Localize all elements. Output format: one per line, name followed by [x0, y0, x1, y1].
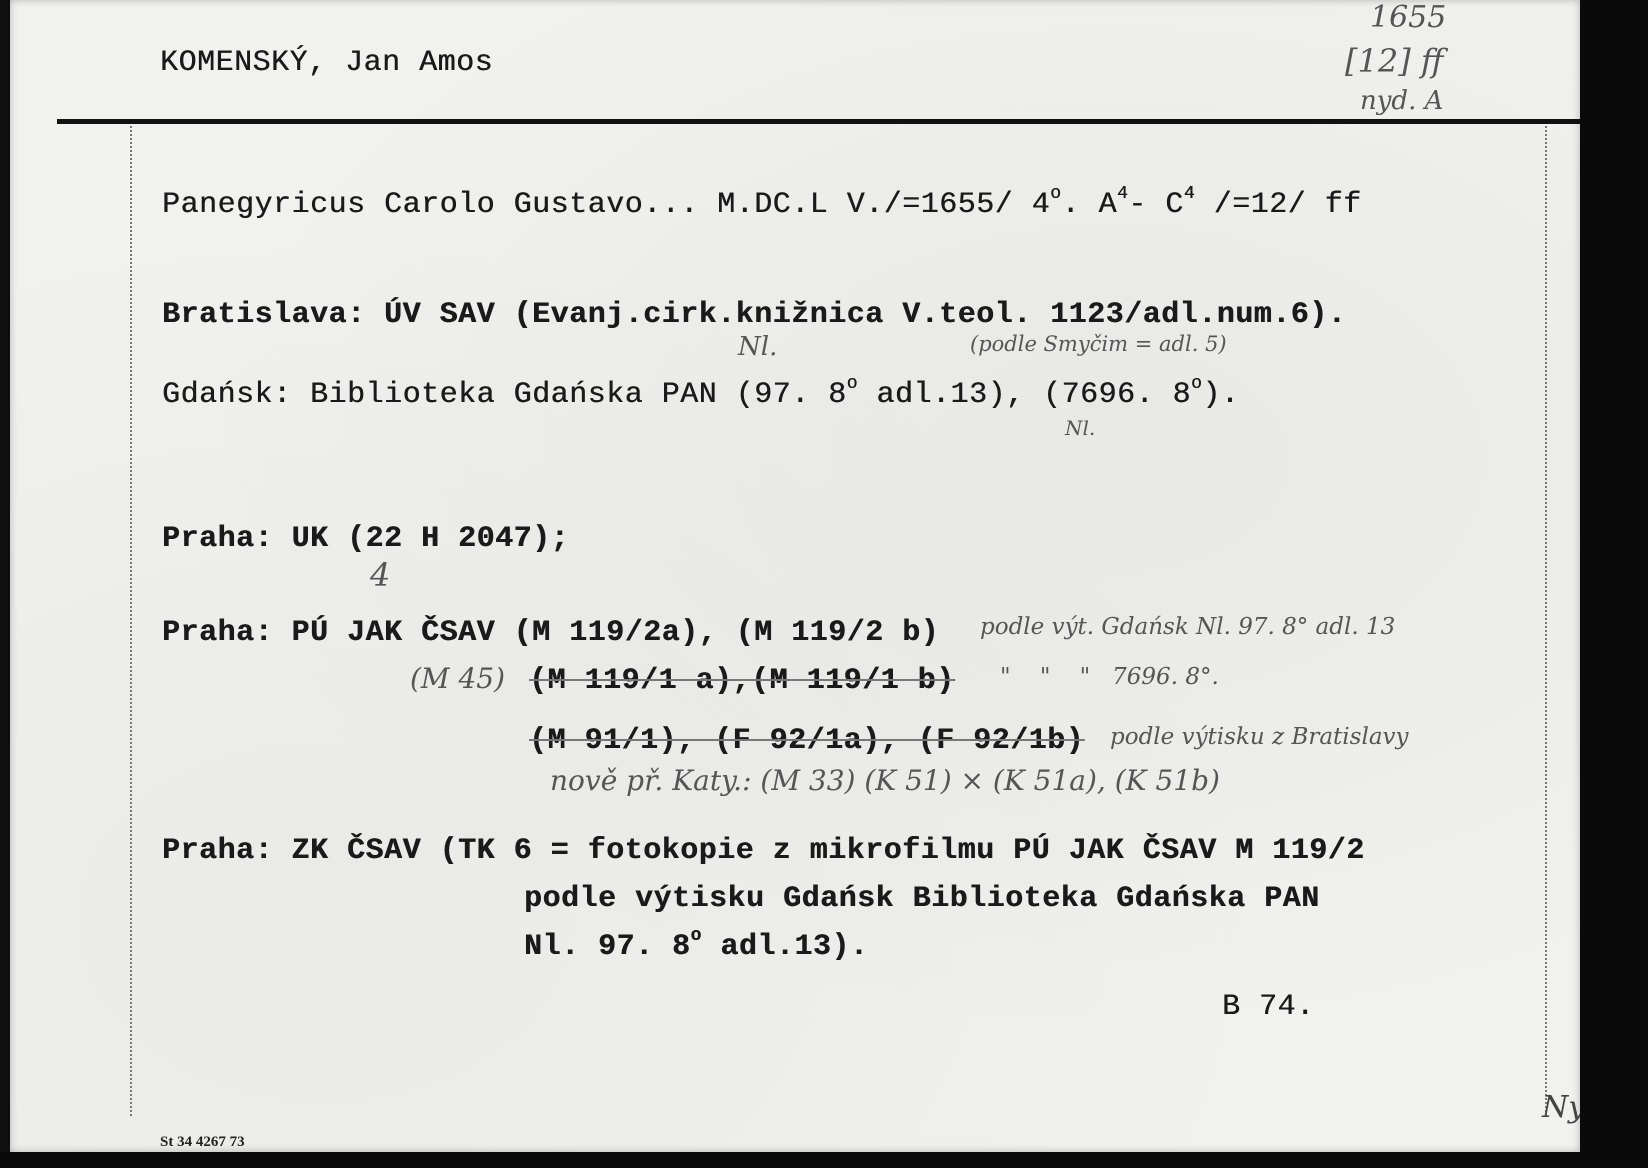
annotation-pu-3: podle výtisku z Bratislavy	[1110, 724, 1409, 750]
holding-praha-pu-line1: Praha: PÚ JAK ČSAV (M 119/2a), (M 119/2 …	[162, 616, 939, 650]
catalog-card: KOMENSKÝ, Jan Amos 1655 [12] ff nyd. A P…	[10, 0, 1580, 1152]
card-heading: KOMENSKÝ, Jan Amos	[160, 46, 493, 80]
scan-edge-bottom	[0, 1152, 1648, 1168]
margin-guide-right	[1545, 126, 1547, 1116]
holding-praha-zk-line2: podle výtisku Gdańsk Biblioteka Gdańska …	[524, 882, 1320, 916]
margin-note-extra: nyd. A	[1360, 86, 1443, 116]
shelf-mark: B 74.	[1222, 990, 1315, 1024]
holding-bratislava: Bratislava: ÚV SAV (Evanj.cirk.knižnica …	[162, 298, 1346, 332]
holding-praha-pu-line3: (M 91/1), (F 92/1a), (F 92/1b)	[529, 724, 1084, 758]
footer-code: St 34 4267 73	[160, 1134, 245, 1151]
holding-praha-pu-line2: (M 119/1 a),(M 119/1 b)	[529, 664, 955, 698]
margin-note-leaves: [12] ff	[1345, 42, 1444, 80]
annotation-pu-4: nově př. Katy.: (M 33) (K 51) × (K 51a),…	[550, 764, 1220, 797]
annotation-gdansk-b: Nl.	[1065, 416, 1095, 440]
annotation-bratislava: (podle Smyčim = adl. 5)	[970, 332, 1227, 356]
annotation-gdansk-a: Nl.	[738, 332, 777, 362]
holding-praha-zk-line1: Praha: ZK ČSAV (TK 6 = fotokopie z mikro…	[162, 834, 1365, 868]
holding-praha-uk: Praha: UK (22 H 2047);	[162, 522, 569, 556]
margin-guide-left	[130, 126, 132, 1116]
holding-praha-zk-line3: Nl. 97. 8o adl.13).	[524, 930, 868, 964]
annotation-pu-2: " " " 7696. 8°.	[1000, 664, 1219, 690]
scan-edge-right	[1580, 0, 1648, 1168]
annotation-pu-5: (M 45)	[410, 662, 505, 695]
title-line: Panegyricus Carolo Gustavo... M.DC.L V./…	[162, 188, 1362, 222]
holding-gdansk: Gdańsk: Biblioteka Gdańska PAN (97. 8o a…	[162, 378, 1239, 412]
margin-note-year: 1655	[1370, 0, 1446, 35]
scan-edge-left	[0, 0, 8, 1168]
heading-divider	[57, 119, 1590, 124]
annotation-praha-uk: 4	[370, 556, 390, 594]
annotation-pu-1: podle výt. Gdańsk Nl. 97. 8° adl. 13	[980, 614, 1395, 640]
